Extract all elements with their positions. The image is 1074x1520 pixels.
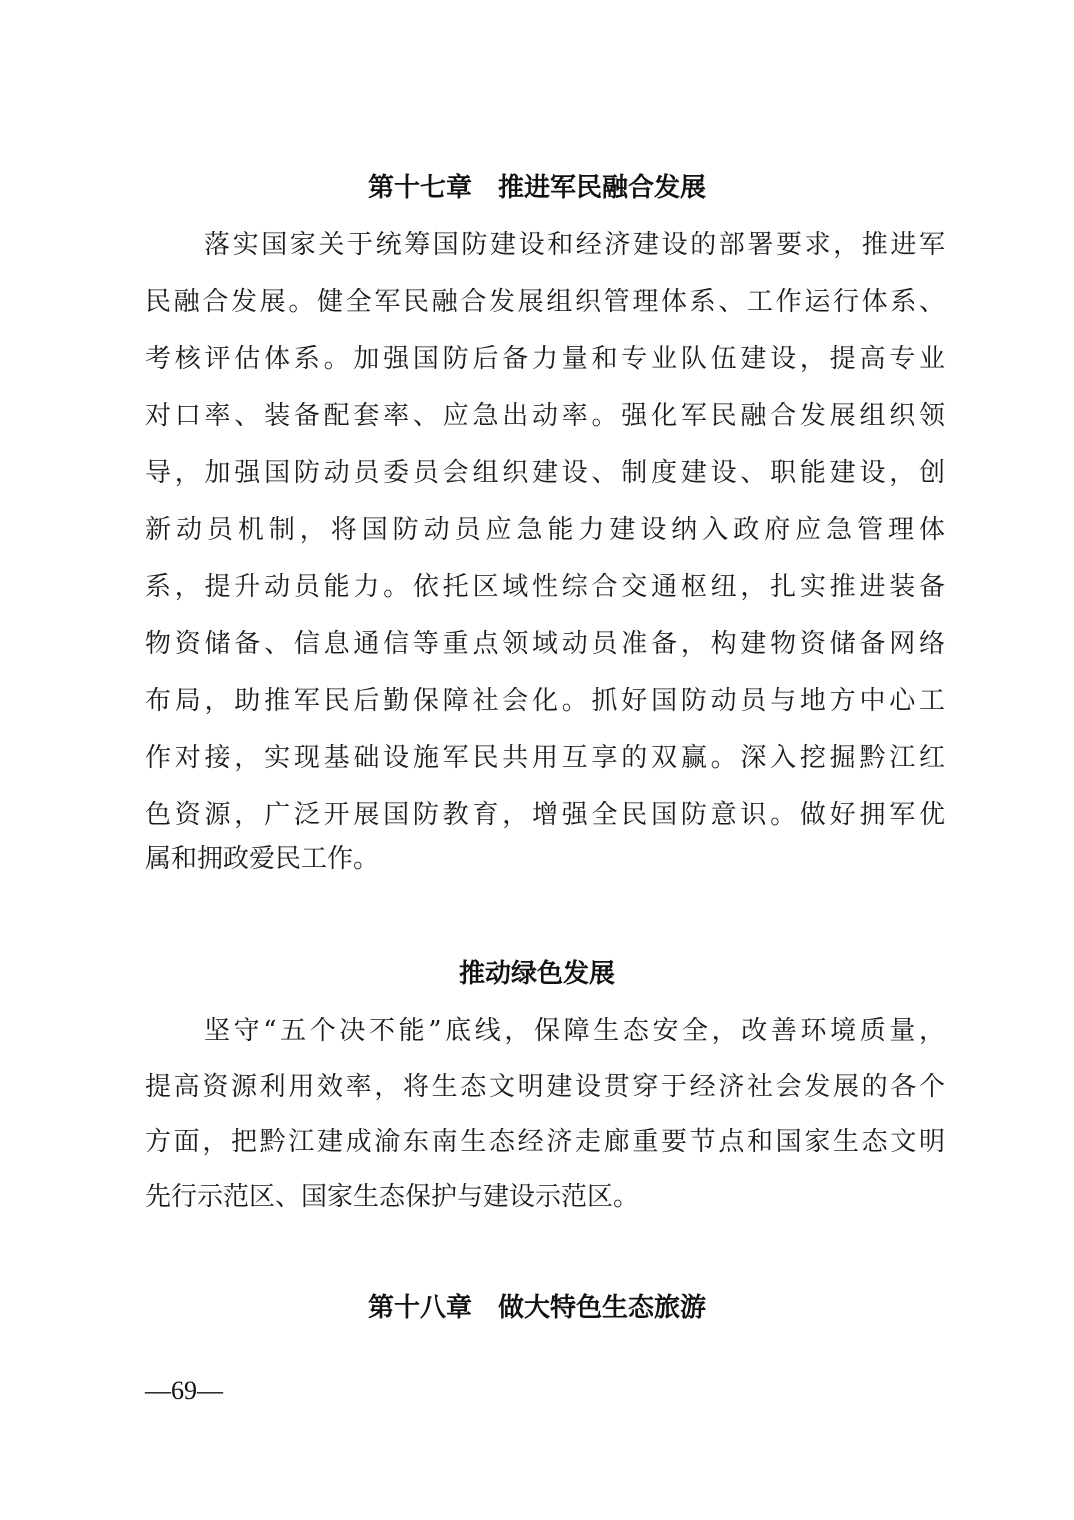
paragraph-line: 对口率、装备配套率、应急出动率。强化军民融合发展组织领 [145, 400, 945, 432]
paragraph-line: 坚守“五个决不能”底线，保障生态安全，改善环境质量， [204, 1015, 945, 1047]
paragraph-line: 考核评估体系。加强国防后备力量和专业队伍建设，提高专业 [145, 343, 945, 375]
page-number: —69— [145, 1375, 223, 1407]
paragraph-line: 导，加强国防动员委员会组织建设、制度建设、职能建设，创 [145, 457, 945, 489]
paragraph-line: 色资源，广泛开展国防教育，增强全民国防意识。做好拥军优 [145, 799, 945, 831]
section-green-heading: 推动绿色发展 [0, 958, 1074, 990]
paragraph-line: 布局，助推军民后勤保障社会化。抓好国防动员与地方中心工 [145, 685, 945, 717]
document-page: 第十七章 推进军民融合发展 落实国家关于统筹国防建设和经济建设的部署要求，推进军… [0, 0, 1074, 1520]
paragraph-line: 民融合发展。健全军民融合发展组织管理体系、工作运行体系、 [145, 286, 945, 318]
paragraph-line: 系，提升动员能力。依托区域性综合交通枢纽，扎实推进装备 [145, 571, 945, 603]
paragraph-line: 新动员机制，将国防动员应急能力建设纳入政府应急管理体 [145, 514, 945, 546]
paragraph-line: 属和拥政爱民工作。 [145, 843, 945, 875]
chapter-18-heading: 第十八章 做大特色生态旅游 [0, 1292, 1074, 1324]
paragraph-line: 提高资源利用效率，将生态文明建设贯穿于经济社会发展的各个 [145, 1071, 945, 1103]
paragraph-line: 方面，把黔江建成渝东南生态经济走廊重要节点和国家生态文明 [145, 1126, 945, 1158]
paragraph-line: 物资储备、信息通信等重点领域动员准备，构建物资储备网络 [145, 628, 945, 660]
paragraph-line: 作对接，实现基础设施军民共用互享的双赢。深入挖掘黔江红 [145, 742, 945, 774]
chapter-17-heading: 第十七章 推进军民融合发展 [0, 172, 1074, 204]
paragraph-line: 先行示范区、国家生态保护与建设示范区。 [145, 1181, 945, 1213]
paragraph-line: 落实国家关于统筹国防建设和经济建设的部署要求，推进军 [204, 229, 945, 261]
